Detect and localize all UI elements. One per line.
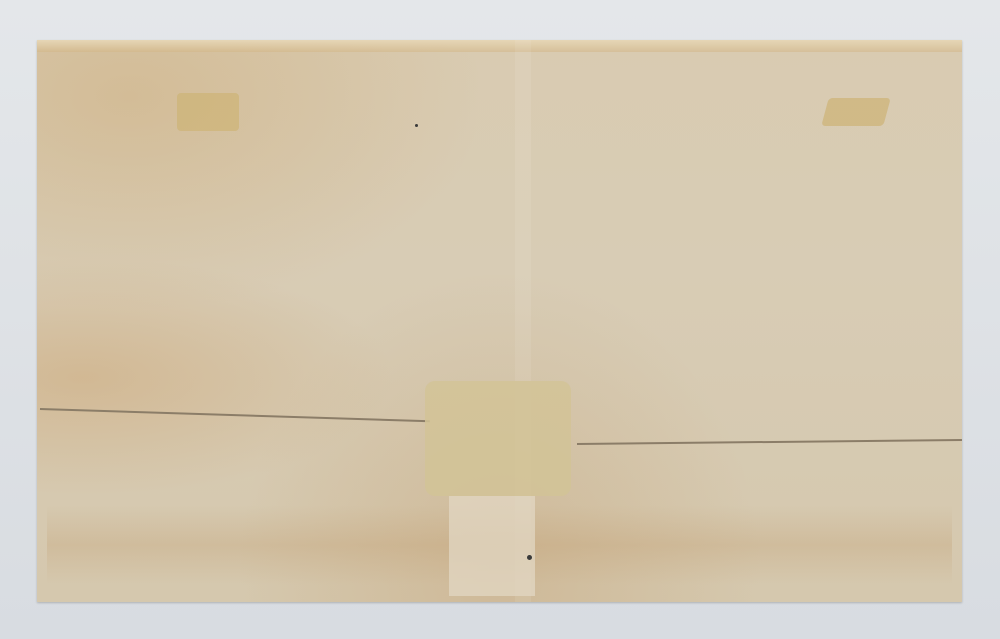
fold-tear-right [577,439,962,445]
stamp-hinge-left [177,93,239,131]
seal-repair-strip [449,496,535,596]
worn-top-edge [37,40,962,52]
letter-sheet [37,40,962,602]
ink-dot [527,555,532,560]
fold-tear-left [40,408,430,422]
seal-repair-patch [425,381,571,496]
stamp-hinge-right [821,98,891,126]
speck [415,124,418,127]
